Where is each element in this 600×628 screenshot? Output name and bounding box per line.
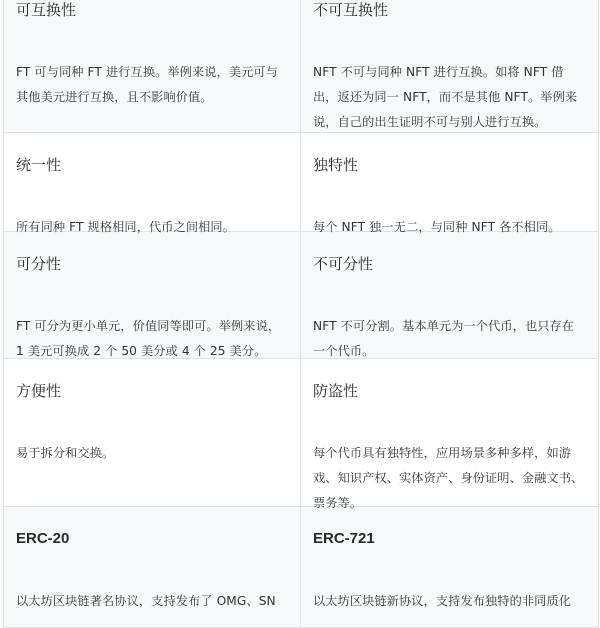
cell-description: 以太坊区块链著名协议，支持发布了 OMG、SN [16,589,288,593]
table-cell-nft: 独特性 每个 NFT 独一无二，与同种 NFT 各不相同。 [301,133,598,231]
cell-title: 可互换性 [16,0,288,21]
cell-description: NFT 不可与同种 NFT 进行互换。如将 NFT 借出，返还为同一 NFT，而… [313,60,586,143]
table-cell-nft: 不可分性 NFT 不可分割。基本单元为一个代币，也只存在一个代币。 [301,232,598,358]
table-row-convenience: 方便性 易于拆分和交换。 防盗性 每个代币具有独特性，应用场景多种多样，如游戏、… [4,359,598,507]
cell-title: 独特性 [313,154,586,176]
cell-title: 不可分性 [313,253,586,275]
table-cell-ft: 可分性 FT 可分为更小单元，价值同等即可。举例来说，1 美元可换成 2 个 5… [4,232,301,358]
cell-title: 不可互换性 [313,0,586,21]
cell-title: 统一性 [16,154,288,176]
table-cell-nft: 防盗性 每个代币具有独特性，应用场景多种多样，如游戏、知识产权、实体资产、身份证… [301,359,598,506]
cell-title: 可分性 [16,253,288,275]
table-row-token-standard: ERC-20 以太坊区块链著名协议，支持发布了 OMG、SN ERC-721 以… [4,507,598,593]
cell-title: 防盗性 [313,380,586,402]
table-row-uniformity: 统一性 所有同种 FT 规格相同，代币之间相同。 独特性 每个 NFT 独一无二… [4,133,598,232]
table-row-fungibility: 可互换性 FT 可与同种 FT 进行互换。举例来说，美元可与其他美元进行互换，且… [4,0,598,133]
table-cell-ft: 可互换性 FT 可与同种 FT 进行互换。举例来说，美元可与其他美元进行互换，且… [4,0,301,132]
table-cell-ft: ERC-20 以太坊区块链著名协议，支持发布了 OMG、SN [4,507,301,593]
table-row-divisibility: 可分性 FT 可分为更小单元，价值同等即可。举例来说，1 美元可换成 2 个 5… [4,232,598,359]
table-cell-nft: ERC-721 以太坊区块链新协议，支持发布独特的非同质化 [301,507,598,593]
cell-description: 以太坊区块链新协议，支持发布独特的非同质化 [313,589,586,593]
cell-description: 易于拆分和交换。 [16,441,288,474]
table-cell-nft: 不可互换性 NFT 不可与同种 NFT 进行互换。如将 NFT 借出，返还为同一… [301,0,598,132]
table-cell-ft: 统一性 所有同种 FT 规格相同，代币之间相同。 [4,133,301,231]
cell-title: ERC-721 [313,528,586,550]
table-cell-ft: 方便性 易于拆分和交换。 [4,359,301,506]
cell-title: 方便性 [16,380,288,402]
ft-vs-nft-comparison-table: 可互换性 FT 可与同种 FT 进行互换。举例来说，美元可与其他美元进行互换，且… [3,0,599,593]
cell-title: ERC-20 [16,528,288,550]
cell-description: FT 可与同种 FT 进行互换。举例来说，美元可与其他美元进行互换，且不影响价值… [16,60,288,118]
